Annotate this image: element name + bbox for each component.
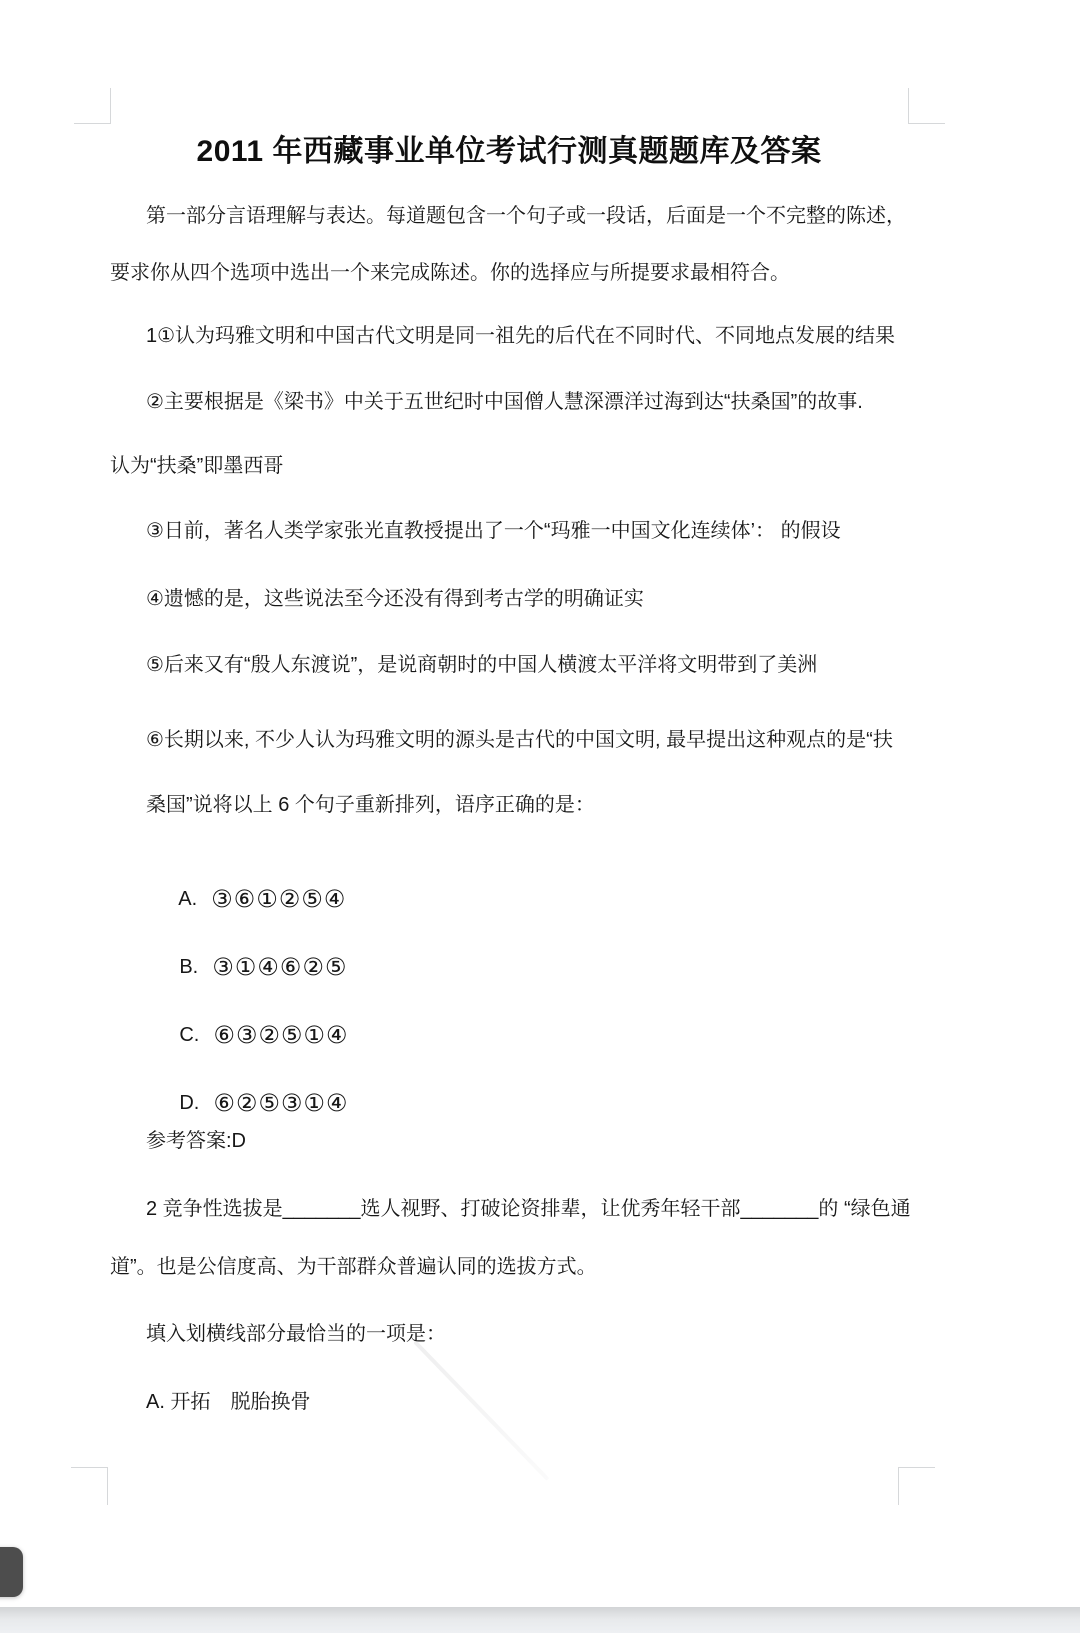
q2-stem-line-1: 2 竞争性选拔是_______选人视野、打破论资排辈，让优秀年轻干部______… <box>146 1195 911 1223</box>
q1-option-d-letter: D. <box>179 1092 199 1114</box>
faint-watermark-streak <box>413 1340 549 1481</box>
section-intro-line-2: 要求你从四个选项中选出一个来完成陈述。你的选择应与所提要求最相符合。 <box>110 259 790 287</box>
page-background-gap <box>0 1607 1080 1633</box>
section-intro-line-1: 第一部分言语理解与表达。每道题包含一个句子或一段话，后面是一个不完整的陈述， <box>146 202 906 230</box>
q1-sentence-5: ⑤后来又有“殷人东渡说”，是说商朝时的中国人横渡太平洋将文明带到了美洲 <box>146 651 817 679</box>
q1-option-b-letter: B. <box>179 956 198 978</box>
q2-stem-line-2: 道”。也是公信度高、为干部群众普遍认同的选拔方式。 <box>110 1253 597 1281</box>
q2-option-a: A. 开拓 脱胎换骨 <box>146 1388 310 1416</box>
floating-tool-button[interactable] <box>0 1547 23 1597</box>
document-title: 2011 年西藏事业单位考试行测真题题库及答案 <box>110 134 908 170</box>
q1-sentence-6: ⑥长期以来, 不少人认为玛雅文明的源头是古代的中国文明, 最早提出这种观点的是“… <box>146 726 893 754</box>
q1-sentence-2-continuation: 认为“扶桑”即墨西哥 <box>110 452 283 480</box>
q2-prompt: 填入划横线部分最恰当的一项是： <box>146 1320 446 1348</box>
document-viewer: 2011 年西藏事业单位考试行测真题题库及答案 第一部分言语理解与表达。每道题包… <box>0 0 1080 1633</box>
q1-sentence-2: ②主要根据是《梁书》中关于五世纪时中国僧人慧深漂洋过海到达“扶桑国”的故事. <box>146 388 863 416</box>
q1-sentence-6-continuation: 桑国”说将以上 6 个句子重新排列，语序正确的是： <box>146 791 595 819</box>
margin-crop-mark-bottom-right <box>898 1467 935 1505</box>
q1-sentence-3: ③日前，著名人类学家张光直教授提出了一个“玛雅一中国文化连续体’： 的假设 <box>146 517 841 545</box>
q1-sentence-4: ④遗憾的是，这些说法至今还没有得到考古学的明确证实 <box>146 585 644 613</box>
q1-option-b-sequence: ③①④⑥②⑤ <box>212 954 347 981</box>
q1-reference-answer: 参考答案:D <box>146 1127 246 1155</box>
q1-option-a-letter: A. <box>178 888 197 910</box>
margin-crop-mark-top-left <box>74 88 111 124</box>
q1-option-d-sequence: ⑥②⑤③①④ <box>213 1090 348 1117</box>
q1-option-a-sequence: ③⑥①②⑤④ <box>211 886 346 913</box>
q1-sentence-1: 1①认为玛雅文明和中国古代文明是同一祖先的后代在不同时代、不同地点发展的结果 <box>146 322 895 350</box>
margin-crop-mark-top-right <box>908 88 945 124</box>
margin-crop-mark-bottom-left <box>71 1467 108 1505</box>
q1-option-c-sequence: ⑥③②⑤①④ <box>213 1022 348 1049</box>
document-page: 2011 年西藏事业单位考试行测真题题库及答案 第一部分言语理解与表达。每道题包… <box>0 0 1080 1607</box>
q1-option-c-letter: C. <box>179 1024 199 1046</box>
